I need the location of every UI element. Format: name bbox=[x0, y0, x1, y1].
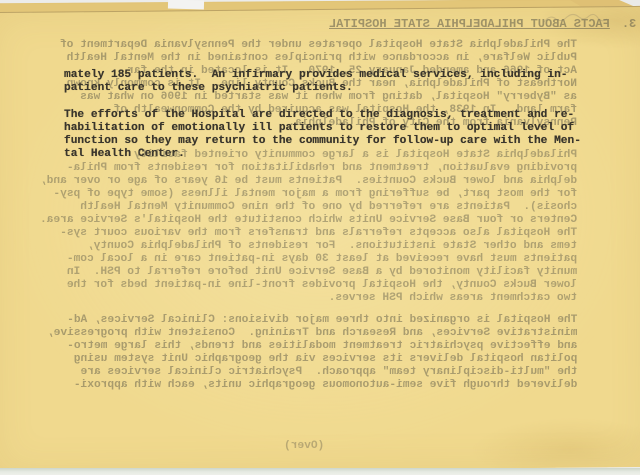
bleedthrough-line: the "multi-disciplinary team" approach. … bbox=[47, 366, 577, 379]
bleedthrough-line: two catchment areas which PSH serves. bbox=[40, 292, 577, 305]
bleedthrough-line: chosis). Patients are referred by one of… bbox=[40, 201, 577, 214]
bleedthrough-over-footer: (Over) bbox=[284, 440, 324, 453]
bleedthrough-page-number: 3. bbox=[622, 17, 636, 31]
bleedthrough-line: patients must have received at least 30 … bbox=[40, 253, 577, 266]
typed-line: function so they may return to the commu… bbox=[64, 135, 581, 148]
bleedthrough-line: delivered through five semi-autonomous g… bbox=[47, 379, 577, 392]
bleedthrough-line: lower Bucks County, the Hospital provide… bbox=[40, 279, 577, 292]
typed-line: mately 185 patients. An infirmary provid… bbox=[64, 69, 568, 82]
bleedthrough-line: ministrative Services, and Research and … bbox=[47, 327, 577, 340]
bleedthrough-paragraph-3: The Hospital is organized into three maj… bbox=[47, 314, 577, 392]
bleedthrough-line: providing evaluation, treatment and reha… bbox=[40, 162, 577, 175]
bleedthrough-line: for the most part, be suffering from a m… bbox=[40, 188, 577, 201]
paper-gap-notch bbox=[168, 0, 204, 9]
typed-line: habilitation of emotionally ill patients… bbox=[64, 122, 581, 135]
bleedthrough-line: (Over) bbox=[284, 440, 324, 453]
bleedthrough-page-title: FACTS ABOUT PHILADELPHIA STATE HOSPITAL bbox=[329, 17, 610, 31]
typed-line: patient care to these psychiatric patien… bbox=[64, 82, 568, 95]
bleedthrough-line: tems and other State institutions. For r… bbox=[40, 240, 577, 253]
bleedthrough-line: Centers or four Base Service Units which… bbox=[40, 214, 577, 227]
bleedthrough-line: The Hospital also accepts referrals and … bbox=[40, 227, 577, 240]
bleedthrough-line: The Hospital is organized into three maj… bbox=[47, 314, 577, 327]
typed-line: The efforts of the Hospital are directed… bbox=[64, 109, 581, 122]
bleedthrough-paragraph-2: Philadelphia State Hospital is a large c… bbox=[40, 149, 577, 305]
bleedthrough-page-header: 3. FACTS ABOUT PHILADELPHIA STATE HOSPIT… bbox=[329, 18, 636, 31]
scanner-bed-edge bbox=[0, 468, 640, 475]
bleedthrough-line: munity facility monitored by a Base Serv… bbox=[40, 266, 577, 279]
bleedthrough-line: The Philadelphia State Hospital operates… bbox=[60, 39, 577, 52]
bleedthrough-line: politan hospital delivers its services v… bbox=[47, 353, 577, 366]
scanned-document-photo: 3. FACTS ABOUT PHILADELPHIA STATE HOSPIT… bbox=[0, 0, 640, 475]
front-paragraph-infirmary: mately 185 patients. An infirmary provid… bbox=[64, 69, 568, 95]
bleedthrough-line: delphia and lower Bucks Counties. Patien… bbox=[40, 175, 577, 188]
bleedthrough-line: Philadelphia State Hospital is a large c… bbox=[40, 149, 577, 162]
bleedthrough-line: Public Welfare, in accordance with princ… bbox=[60, 52, 577, 65]
bleedthrough-line: and effective psychiatric treatment moda… bbox=[47, 340, 577, 353]
header-gap bbox=[610, 17, 622, 31]
